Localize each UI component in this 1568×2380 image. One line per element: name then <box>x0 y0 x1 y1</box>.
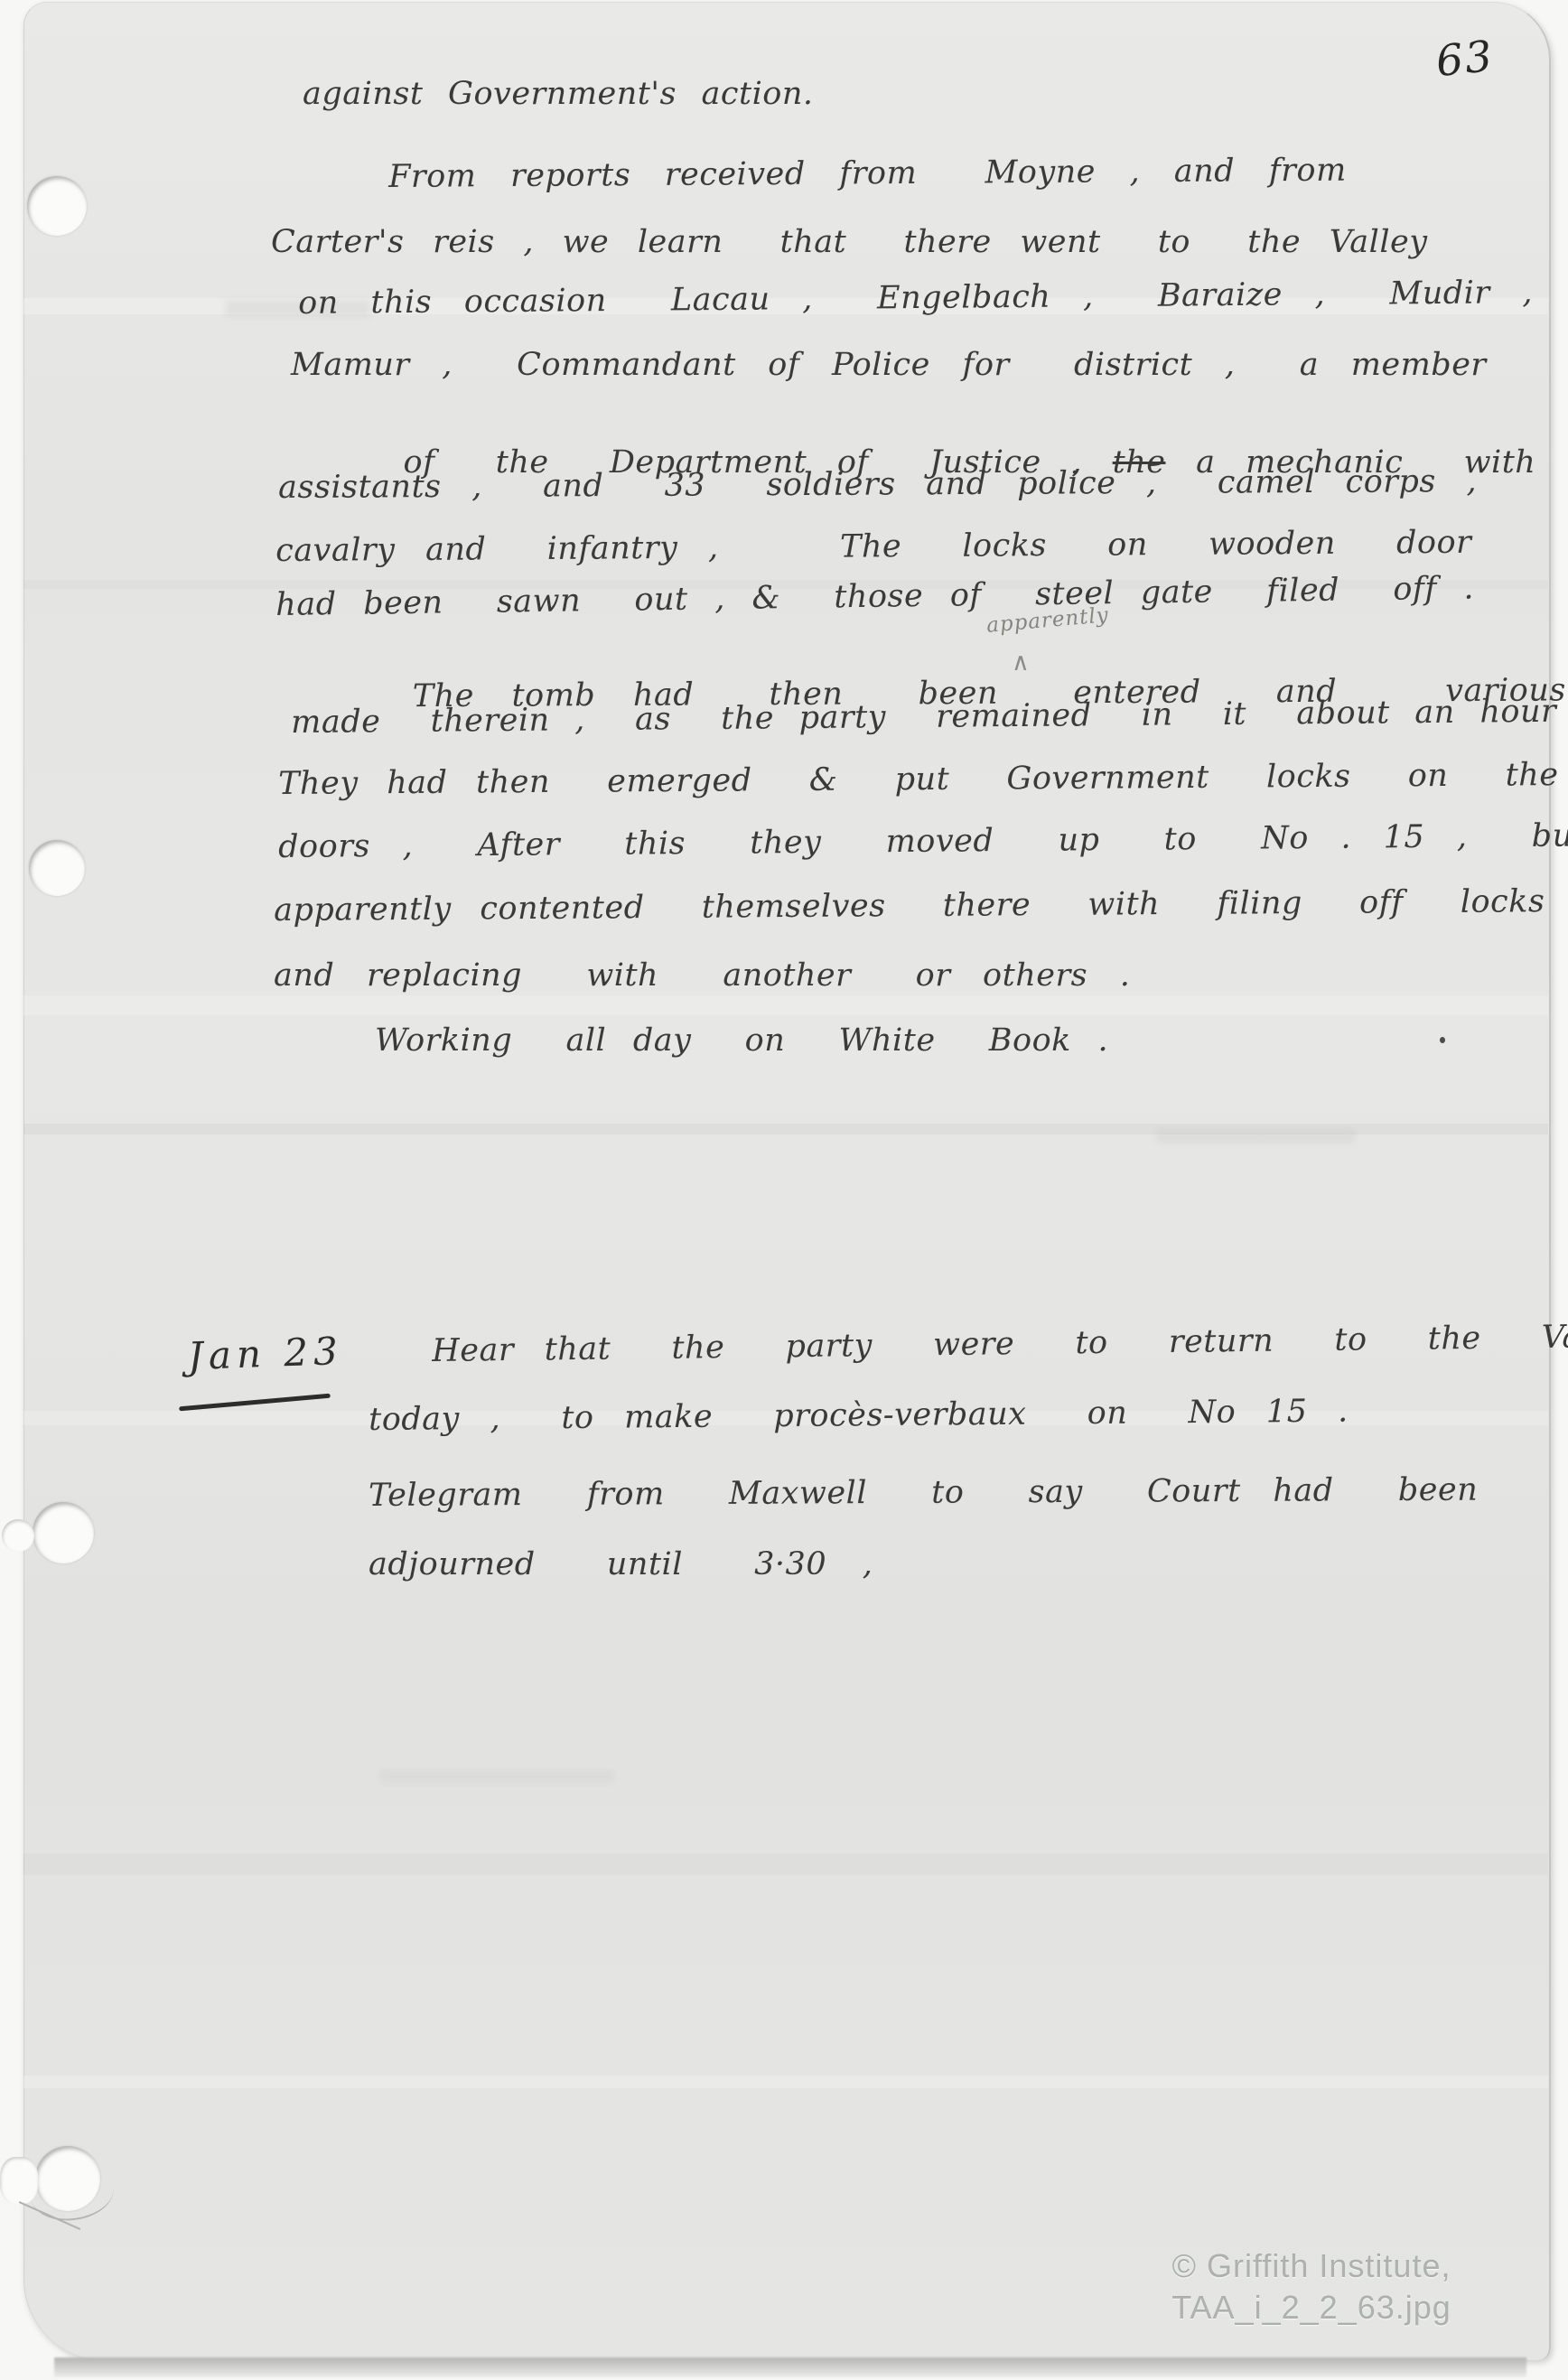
handwritten-line: adjourned until 3·30 , <box>369 1546 873 1582</box>
handwritten-line: Telegram from Maxwell to say Court had b… <box>369 1472 1478 1514</box>
punch-hole-3-tear <box>2 1519 34 1552</box>
watermark-line-1: © Griffith Institute, <box>1145 2245 1478 2287</box>
handwritten-line: Mamur , Commandant of Police for distric… <box>291 347 1487 383</box>
page-number: 63 <box>1433 32 1496 87</box>
punch-hole-2 <box>29 840 85 896</box>
entry-date: Jan 23 <box>187 1329 343 1378</box>
copyright-watermark: © Griffith Institute, TAA_i_2_2_63.jpg <box>1145 2245 1478 2329</box>
caret-mark: ∧ <box>1012 649 1030 677</box>
paper-bottom-shadow <box>54 2357 1526 2377</box>
punch-hole-3 <box>33 1502 94 1563</box>
handwritten-line: assistants , and 33 soldiers and police … <box>278 463 1477 506</box>
handwritten-line: Carter's reis , we learn that there went… <box>271 224 1428 260</box>
handwritten-line: against Government's action. <box>303 76 814 112</box>
watermark-line-2: TAA_i_2_2_63.jpg <box>1145 2287 1478 2329</box>
handwritten-line: From reports received from Moyne , and f… <box>388 153 1347 195</box>
handwritten-line: Working all day on White Book . <box>375 1022 1108 1059</box>
handwritten-line: and replacing with another or others . <box>274 957 1130 994</box>
page-scan: 63 against Government's action. From rep… <box>0 0 1568 2380</box>
ink-dot <box>1440 1037 1445 1043</box>
punch-hole-1 <box>27 176 87 236</box>
